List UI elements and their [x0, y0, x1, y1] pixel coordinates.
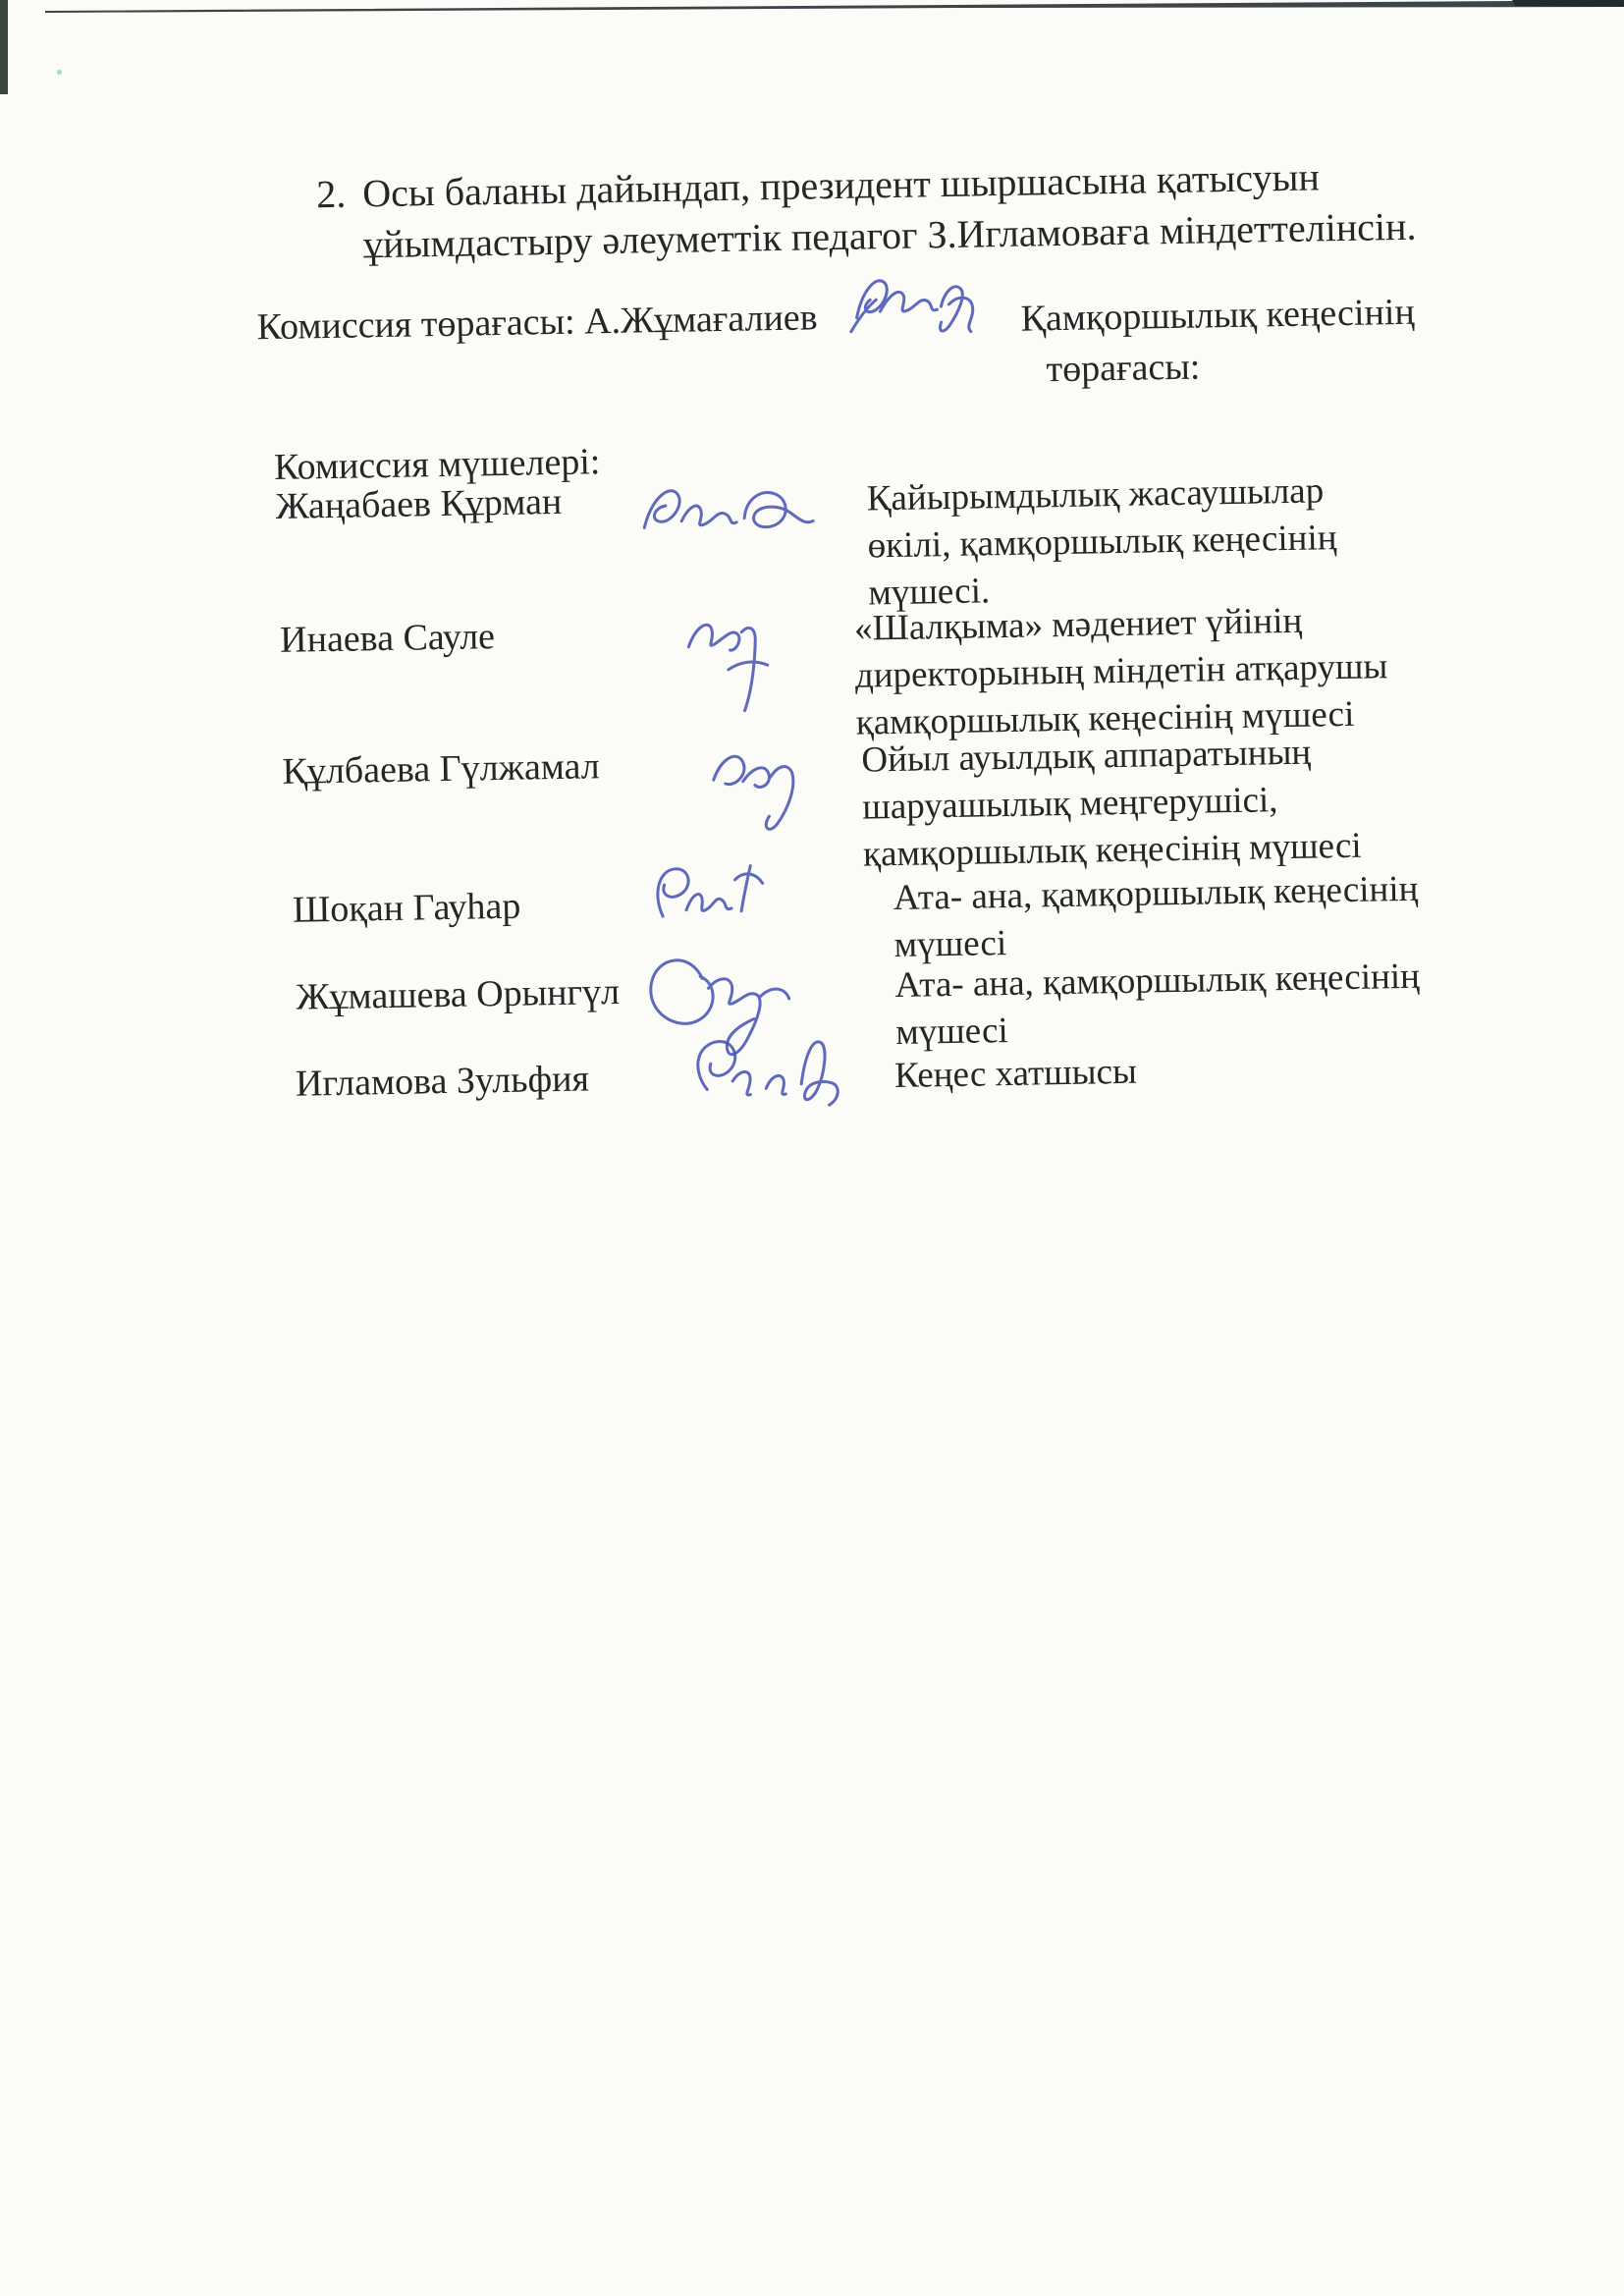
member-name: Шоқан Гауһар	[293, 886, 521, 933]
trustee-chairman-line: төрағасы:	[1021, 342, 1416, 400]
role-line: Кеңес хатшысы	[894, 1051, 1138, 1102]
member-role: Ата- ана, қамқоршылық кеңесінің мүшесі	[894, 956, 1421, 1059]
member-signature	[673, 1026, 846, 1137]
item-number: 2.	[316, 172, 347, 218]
role-line: Қайырымдылық жасаушылар	[866, 469, 1336, 524]
member-signature	[642, 853, 776, 939]
trustee-chairman-block: Қамқоршылық кеңесінің төрағасы:	[1020, 291, 1416, 400]
member-role: Қайырымдылық жасаушылар өкілі, қамқоршыл…	[866, 469, 1337, 619]
member-name: Жұмашева Орынгүл	[296, 971, 620, 1019]
member-signature	[680, 598, 776, 718]
commission-chairman-label: Комиссия төрағасы: А.Жұмағалиев	[256, 297, 818, 350]
role-line: мүшесі	[895, 1003, 1421, 1059]
member-signature	[635, 467, 818, 554]
member-name: Құлбаева Гүлжамал	[282, 745, 600, 793]
member-role: Ойыл ауылдық аппаратының шаруашылық меңг…	[861, 731, 1362, 881]
member-role: Кеңес хатшысы	[894, 1051, 1138, 1102]
member-name: Игламова Зульфия	[296, 1058, 590, 1106]
member-name: Инаева Сауле	[280, 616, 495, 662]
signature-zhumagaliyev	[845, 254, 980, 347]
item-text: Осы баланы дайындап, президент шыршасына…	[362, 153, 1417, 274]
trustee-chairman-line: Қамқоршылық кеңесінің	[1020, 291, 1415, 349]
scanned-document-page: 2. Осы баланы дайындап, президент шыршас…	[0, 0, 1624, 2296]
member-role: «Шалқыма» мәдениет үйінің директорының м…	[854, 598, 1389, 748]
role-line: өкілі, қамқоршылық кеңесінің	[867, 517, 1337, 572]
document-content: 2. Осы баланы дайындап, президент шыршас…	[0, 0, 1624, 2296]
member-name: Жаңабаев Құрман	[275, 481, 562, 529]
member-signature	[701, 735, 816, 835]
